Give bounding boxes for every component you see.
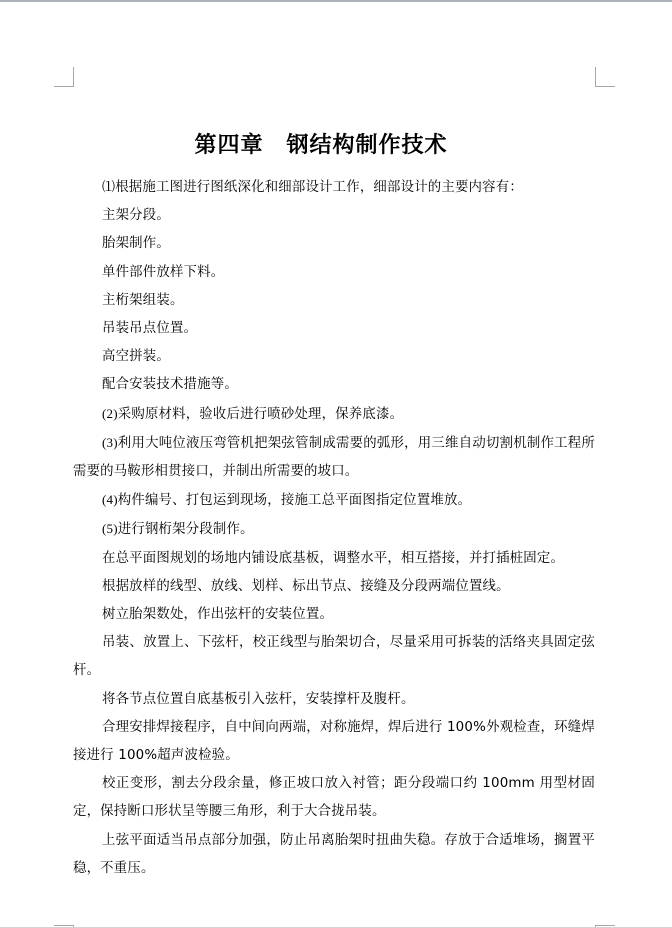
item-number: (2)	[102, 406, 118, 421]
paragraph-4: 单件部件放样下料。	[73, 259, 595, 287]
paragraph-text: 进行钢桁架分段制作。	[118, 522, 254, 537]
paragraph-5: 主桁架组装。	[73, 287, 595, 315]
window-top-border	[0, 0, 672, 2]
paragraph-text: 根据施工图进行图纸深化和细部设计工作，细部设计的主要内容有：	[115, 180, 523, 195]
paragraph-text: 高空拼装。	[102, 349, 170, 364]
paragraph-6: 吊装吊点位置。	[73, 315, 595, 343]
paragraph-2: 主架分段。	[73, 202, 595, 230]
paragraph-text: 主桁架组装。	[102, 293, 184, 308]
paragraph-14: 根据放样的线型、放线、划样、标出节点、接缝及分段两端位置线。	[73, 573, 595, 601]
paragraph-text: 主架分段。	[102, 208, 170, 223]
paragraph-text: 校正变形，割去分段余量，修正坡口放入衬管；距分段端口约 100mm 用型材固定，…	[73, 776, 595, 819]
paragraph-text: 根据放样的线型、放线、划样、标出节点、接缝及分段两端位置线。	[102, 579, 510, 594]
paragraph-7: 高空拼装。	[73, 343, 595, 371]
paragraph-text: 吊装、放置上、下弦杆，校正线型与胎架切合，尽量采用可拆装的活络夹具固定弦杆。	[73, 635, 595, 678]
paragraph-text: 配合安装技术措施等。	[102, 377, 238, 392]
paragraph-text: 单件部件放样下料。	[102, 265, 224, 280]
paragraph-1: ⑴根据施工图进行图纸深化和细部设计工作，细部设计的主要内容有：	[73, 173, 595, 202]
chapter-title: 第四章 钢结构制作技术	[0, 131, 642, 161]
paragraph-15: 树立胎架数处，作出弦杆的安装位置。	[73, 601, 595, 629]
paragraph-8: 配合安装技术措施等。	[73, 371, 595, 399]
paragraph-13: 在总平面图规划的场地内铺设底基板，调整水平，相互搭接，并打插桩固定。	[73, 545, 595, 573]
item-number: (3)	[102, 435, 118, 450]
paragraph-text: 在总平面图规划的场地内铺设底基板，调整水平，相互搭接，并打插桩固定。	[102, 551, 564, 566]
paragraph-10: (3)利用大吨位液压弯管机把架弦管制成需要的弧形，用三维自动切割机制作工程所需要…	[73, 429, 595, 486]
paragraph-text: 胎架制作。	[102, 236, 170, 251]
item-number: ⑴	[102, 179, 115, 194]
paragraph-19: 校正变形，割去分段余量，修正坡口放入衬管；距分段端口约 100mm 用型材固定，…	[73, 770, 595, 826]
paragraph-text: 利用大吨位液压弯管机把架弦管制成需要的弧形，用三维自动切割机制作工程所需要的马鞍…	[73, 436, 595, 479]
paragraph-text: 树立胎架数处，作出弦杆的安装位置。	[102, 607, 333, 622]
margin-corner-mark-top-right	[595, 67, 615, 87]
paragraph-11: (4)构件编号、打包运到现场，接施工总平面图指定位置堆放。	[73, 486, 595, 515]
paragraph-20: 上弦平面适当吊点部分加强，防止吊离胎架时扭曲失稳。存放于合适堆场，搁置平稳，不重…	[73, 827, 595, 883]
paragraph-text: 吊装吊点位置。	[102, 321, 197, 336]
paragraph-text: 将各节点位置自底基板引入弦杆，安装撑杆及腹杆。	[102, 692, 415, 707]
paragraph-text: 上弦平面适当吊点部分加强，防止吊离胎架时扭曲失稳。存放于合适堆场，搁置平稳，不重…	[73, 833, 595, 876]
paragraph-9: (2)采购原材料，验收后进行喷砂处理，保养底漆。	[73, 400, 595, 429]
paragraph-text: 合理安排焊接程序，自中间向两端，对称施焊，焊后进行 100%外观检查，环缝焊接进…	[73, 720, 595, 763]
paragraph-17: 将各节点位置自底基板引入弦杆，安装撑杆及腹杆。	[73, 686, 595, 714]
paragraph-text: 构件编号、打包运到现场，接施工总平面图指定位置堆放。	[118, 493, 471, 508]
item-number: (5)	[102, 521, 118, 536]
item-number: (4)	[102, 492, 118, 507]
document-body[interactable]: ⑴根据施工图进行图纸深化和细部设计工作，细部设计的主要内容有： 主架分段。 胎架…	[73, 173, 595, 883]
paragraph-3: 胎架制作。	[73, 230, 595, 258]
paragraph-16: 吊装、放置上、下弦杆，校正线型与胎架切合，尽量采用可拆装的活络夹具固定弦杆。	[73, 629, 595, 685]
margin-corner-mark-top-left	[54, 67, 74, 87]
paragraph-18: 合理安排焊接程序，自中间向两端，对称施焊，焊后进行 100%外观检查，环缝焊接进…	[73, 714, 595, 770]
paragraph-12: (5)进行钢桁架分段制作。	[73, 515, 595, 544]
paragraph-text: 采购原材料，验收后进行喷砂处理，保养底漆。	[118, 407, 403, 422]
